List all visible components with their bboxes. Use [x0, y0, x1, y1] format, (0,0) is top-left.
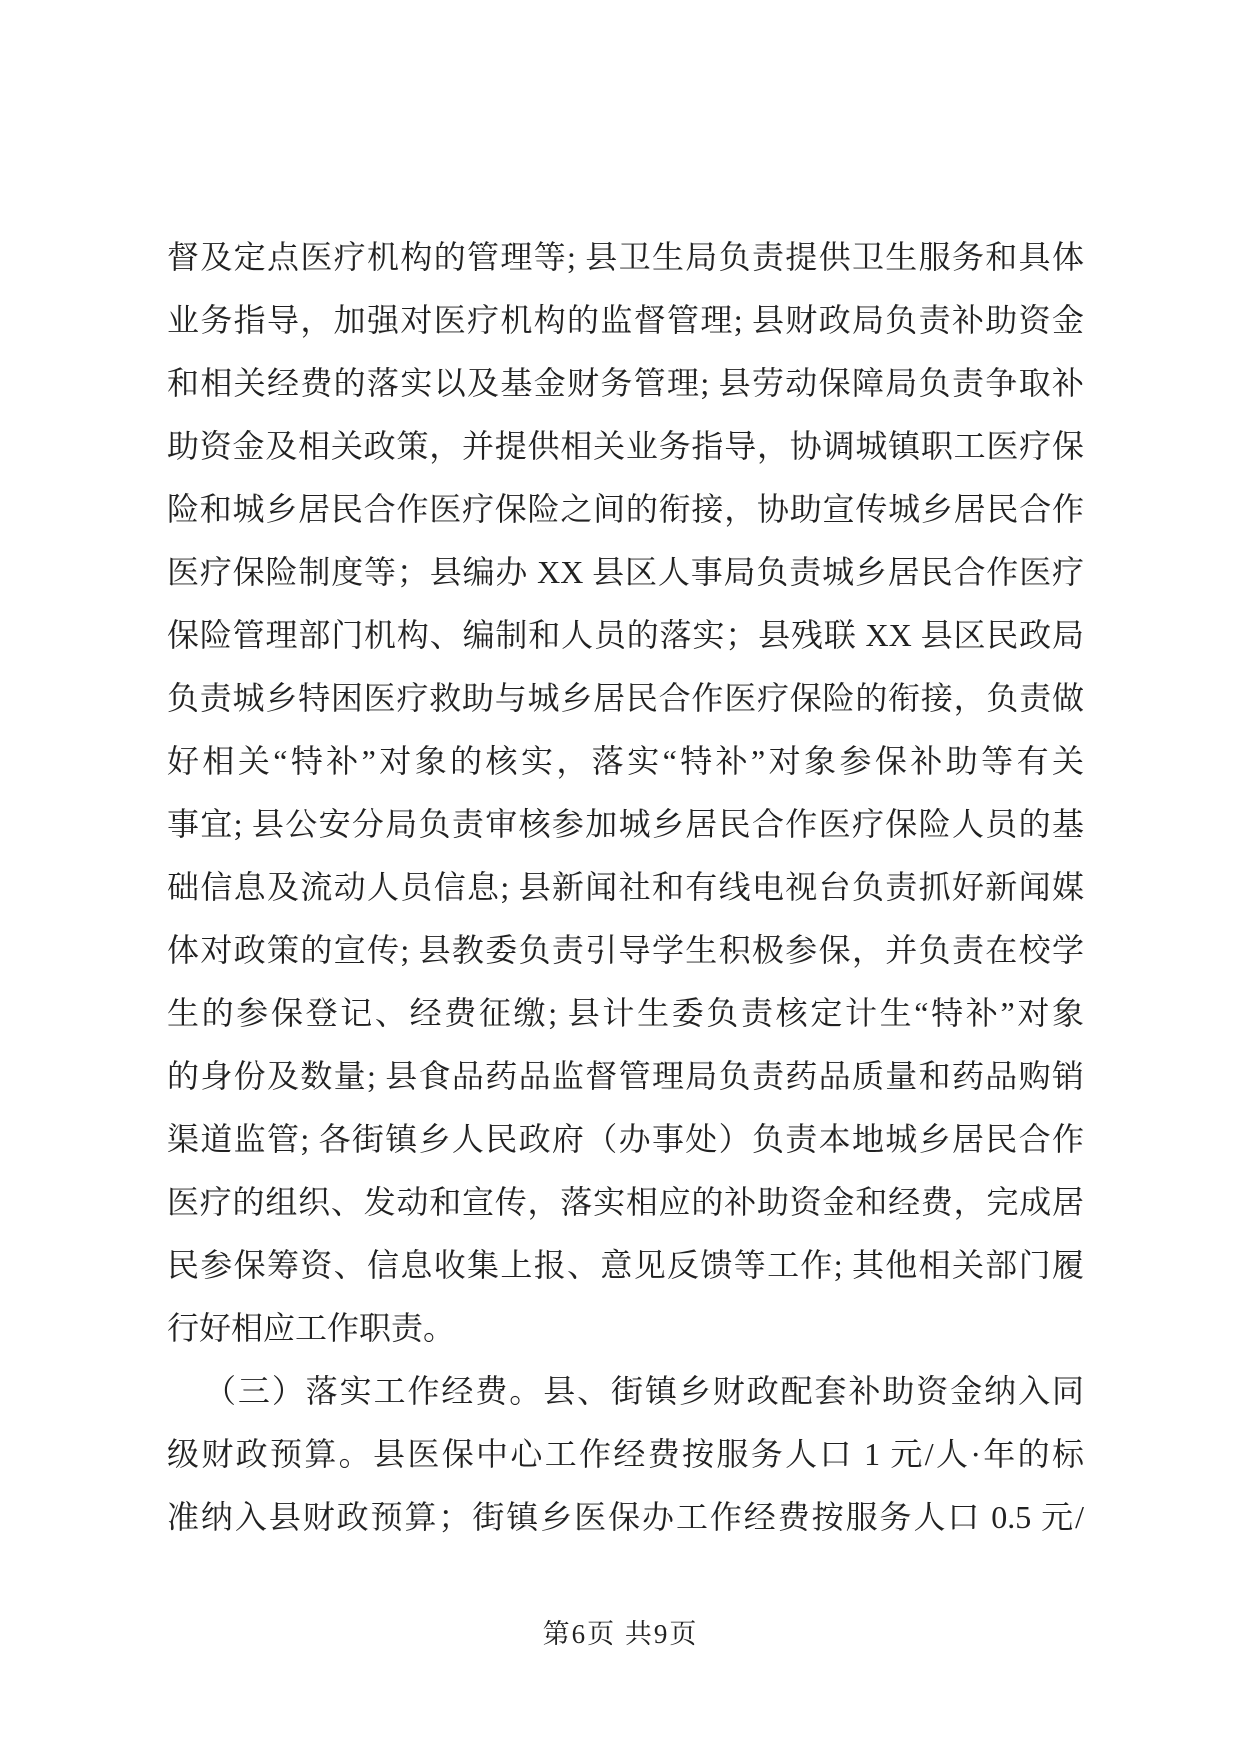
- text-line: 的身份及数量; 县食品药品监督管理局负责药品质量和药品购销: [167, 1045, 1084, 1108]
- text-line: 险和城乡居民合作医疗保险之间的衔接，协助宣传城乡居民合作: [167, 478, 1084, 541]
- text-line: 生的参保登记、经费征缴; 县计生委负责核定计生“特补”对象: [167, 982, 1084, 1045]
- text-line: 医疗保险制度等；县编办 XX 县区人事局负责城乡居民合作医疗: [167, 541, 1084, 604]
- text-line: 渠道监管; 各街镇乡人民政府（办事处）负责本地城乡居民合作: [167, 1108, 1084, 1171]
- text-line: 督及定点医疗机构的管理等; 县卫生局负责提供卫生服务和具体: [167, 226, 1084, 289]
- page-footer: 第6页 共9页: [0, 1618, 1241, 1650]
- text-line: 事宜; 县公安分局负责审核参加城乡居民合作医疗保险人员的基: [167, 793, 1084, 856]
- text-line: 保险管理部门机构、编制和人员的落实；县残联 XX 县区民政局: [167, 604, 1084, 667]
- document-body: 督及定点医疗机构的管理等; 县卫生局负责提供卫生服务和具体业务指导，加强对医疗机…: [167, 226, 1084, 1549]
- text-line: 准纳入县财政预算；街镇乡医保办工作经费按服务人口 0.5 元/: [167, 1486, 1084, 1549]
- text-line: 行好相应工作职责。: [167, 1297, 1084, 1360]
- text-line: 和相关经费的落实以及基金财务管理; 县劳动保障局负责争取补: [167, 352, 1084, 415]
- text-line: 负责城乡特困医疗救助与城乡居民合作医疗保险的衔接，负责做: [167, 667, 1084, 730]
- text-line: （三）落实工作经费。县、街镇乡财政配套补助资金纳入同: [167, 1360, 1084, 1423]
- text-line: 医疗的组织、发动和宣传，落实相应的补助资金和经费，完成居: [167, 1171, 1084, 1234]
- text-line: 体对政策的宣传; 县教委负责引导学生积极参保，并负责在校学: [167, 919, 1084, 982]
- text-line: 业务指导，加强对医疗机构的监督管理; 县财政局负责补助资金: [167, 289, 1084, 352]
- text-line: 级财政预算。县医保中心工作经费按服务人口 1 元/人·年的标: [167, 1423, 1084, 1486]
- document-page: 督及定点医疗机构的管理等; 县卫生局负责提供卫生服务和具体业务指导，加强对医疗机…: [0, 0, 1241, 1754]
- text-line: 民参保筹资、信息收集上报、意见反馈等工作; 其他相关部门履: [167, 1234, 1084, 1297]
- text-line: 助资金及相关政策，并提供相关业务指导，协调城镇职工医疗保: [167, 415, 1084, 478]
- text-line: 好相关“特补”对象的核实，落实“特补”对象参保补助等有关: [167, 730, 1084, 793]
- text-line: 础信息及流动人员信息; 县新闻社和有线电视台负责抓好新闻媒: [167, 856, 1084, 919]
